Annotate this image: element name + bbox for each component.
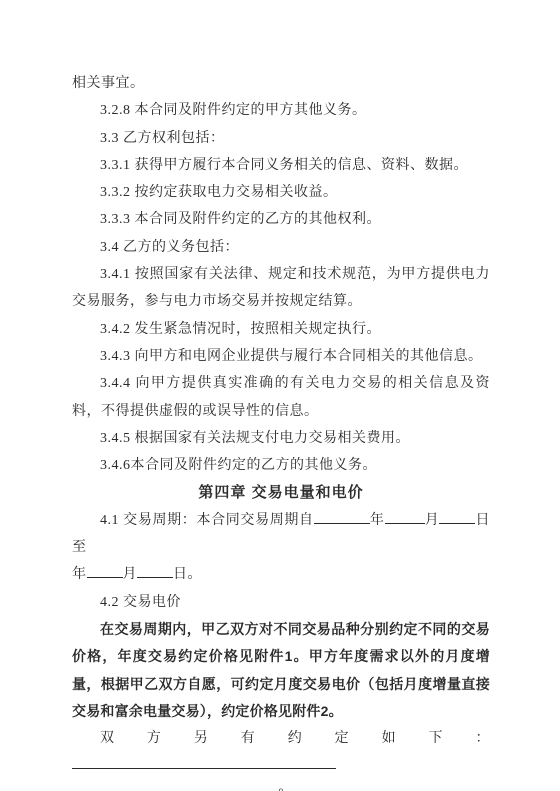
year-fill-in-blank — [314, 508, 370, 524]
clause-3-3-1: 3.3.1 获得甲方履行本合同义务相关的信息、资料、数据。 — [72, 152, 490, 179]
other-agreement-label: 双方另有约定如下： — [100, 731, 490, 746]
clause-4-1-line2: 年月日。 — [72, 561, 490, 588]
end-month-fill-in-blank — [87, 562, 123, 578]
clause-3-4-6: 3.4.6本合同及附件约定的乙方的其他义务。 — [72, 452, 490, 479]
end-month-unit-label: 月 — [123, 567, 138, 582]
clause-3-4-2: 3.4.2 发生紧急情况时，按照相关规定执行。 — [72, 316, 490, 343]
page-number: 9 — [72, 787, 490, 791]
clause-4-2-body: 在交易周期内，甲乙双方对不同交易品种分别约定不同的交易价格，年度交易约定价格见附… — [72, 616, 490, 725]
clause-4-1-line1: 4.1 交易周期：本合同交易周期自年月日至 — [72, 507, 490, 562]
month-unit-label: 月 — [425, 513, 440, 528]
end-day-label: 日。 — [173, 567, 202, 582]
clause-4-2-title: 4.2 交易电价 — [72, 589, 490, 616]
chapter-heading: 第四章 交易电量和电价 — [72, 479, 490, 506]
clause-3-4: 3.4 乙方的义务包括： — [72, 234, 490, 261]
clause-3-3-2: 3.3.2 按约定获取电力交易相关收益。 — [72, 179, 490, 206]
document-page: 相关事宜。 3.2.8 本合同及附件约定的甲方其他义务。 3.3 乙方权利包括：… — [0, 0, 560, 791]
clause-4-1-prefix: 4.1 交易周期：本合同交易周期自 — [100, 513, 314, 528]
month-fill-in-blank — [385, 508, 425, 524]
clause-3-3: 3.3 乙方权利包括： — [72, 125, 490, 152]
continuation-text: 相关事宜。 — [72, 70, 490, 97]
year-unit-label: 年 — [370, 513, 385, 528]
other-agreement-fill-in-blank — [72, 753, 336, 769]
clause-3-4-1: 3.4.1 按照国家有关法律、规定和技术规范，为甲方提供电力交易服务，参与电力市… — [72, 261, 490, 316]
clause-3-4-5: 3.4.5 根据国家有关法规支付电力交易相关费用。 — [72, 425, 490, 452]
clause-3-2-8: 3.2.8 本合同及附件约定的甲方其他义务。 — [72, 97, 490, 124]
end-day-fill-in-blank — [137, 562, 173, 578]
day-fill-in-blank — [439, 508, 475, 524]
clause-3-4-4: 3.4.4 向甲方提供真实准确的有关电力交易的相关信息及资料，不得提供虚假的或误… — [72, 370, 490, 425]
other-agreement-line: 双方另有约定如下： — [72, 725, 490, 780]
clause-3-3-3: 3.3.3 本合同及附件约定的乙方的其他权利。 — [72, 206, 490, 233]
clause-3-4-3: 3.4.3 向甲方和电网企业提供与履行本合同相关的其他信息。 — [72, 343, 490, 370]
end-year-unit-label: 年 — [72, 567, 87, 582]
